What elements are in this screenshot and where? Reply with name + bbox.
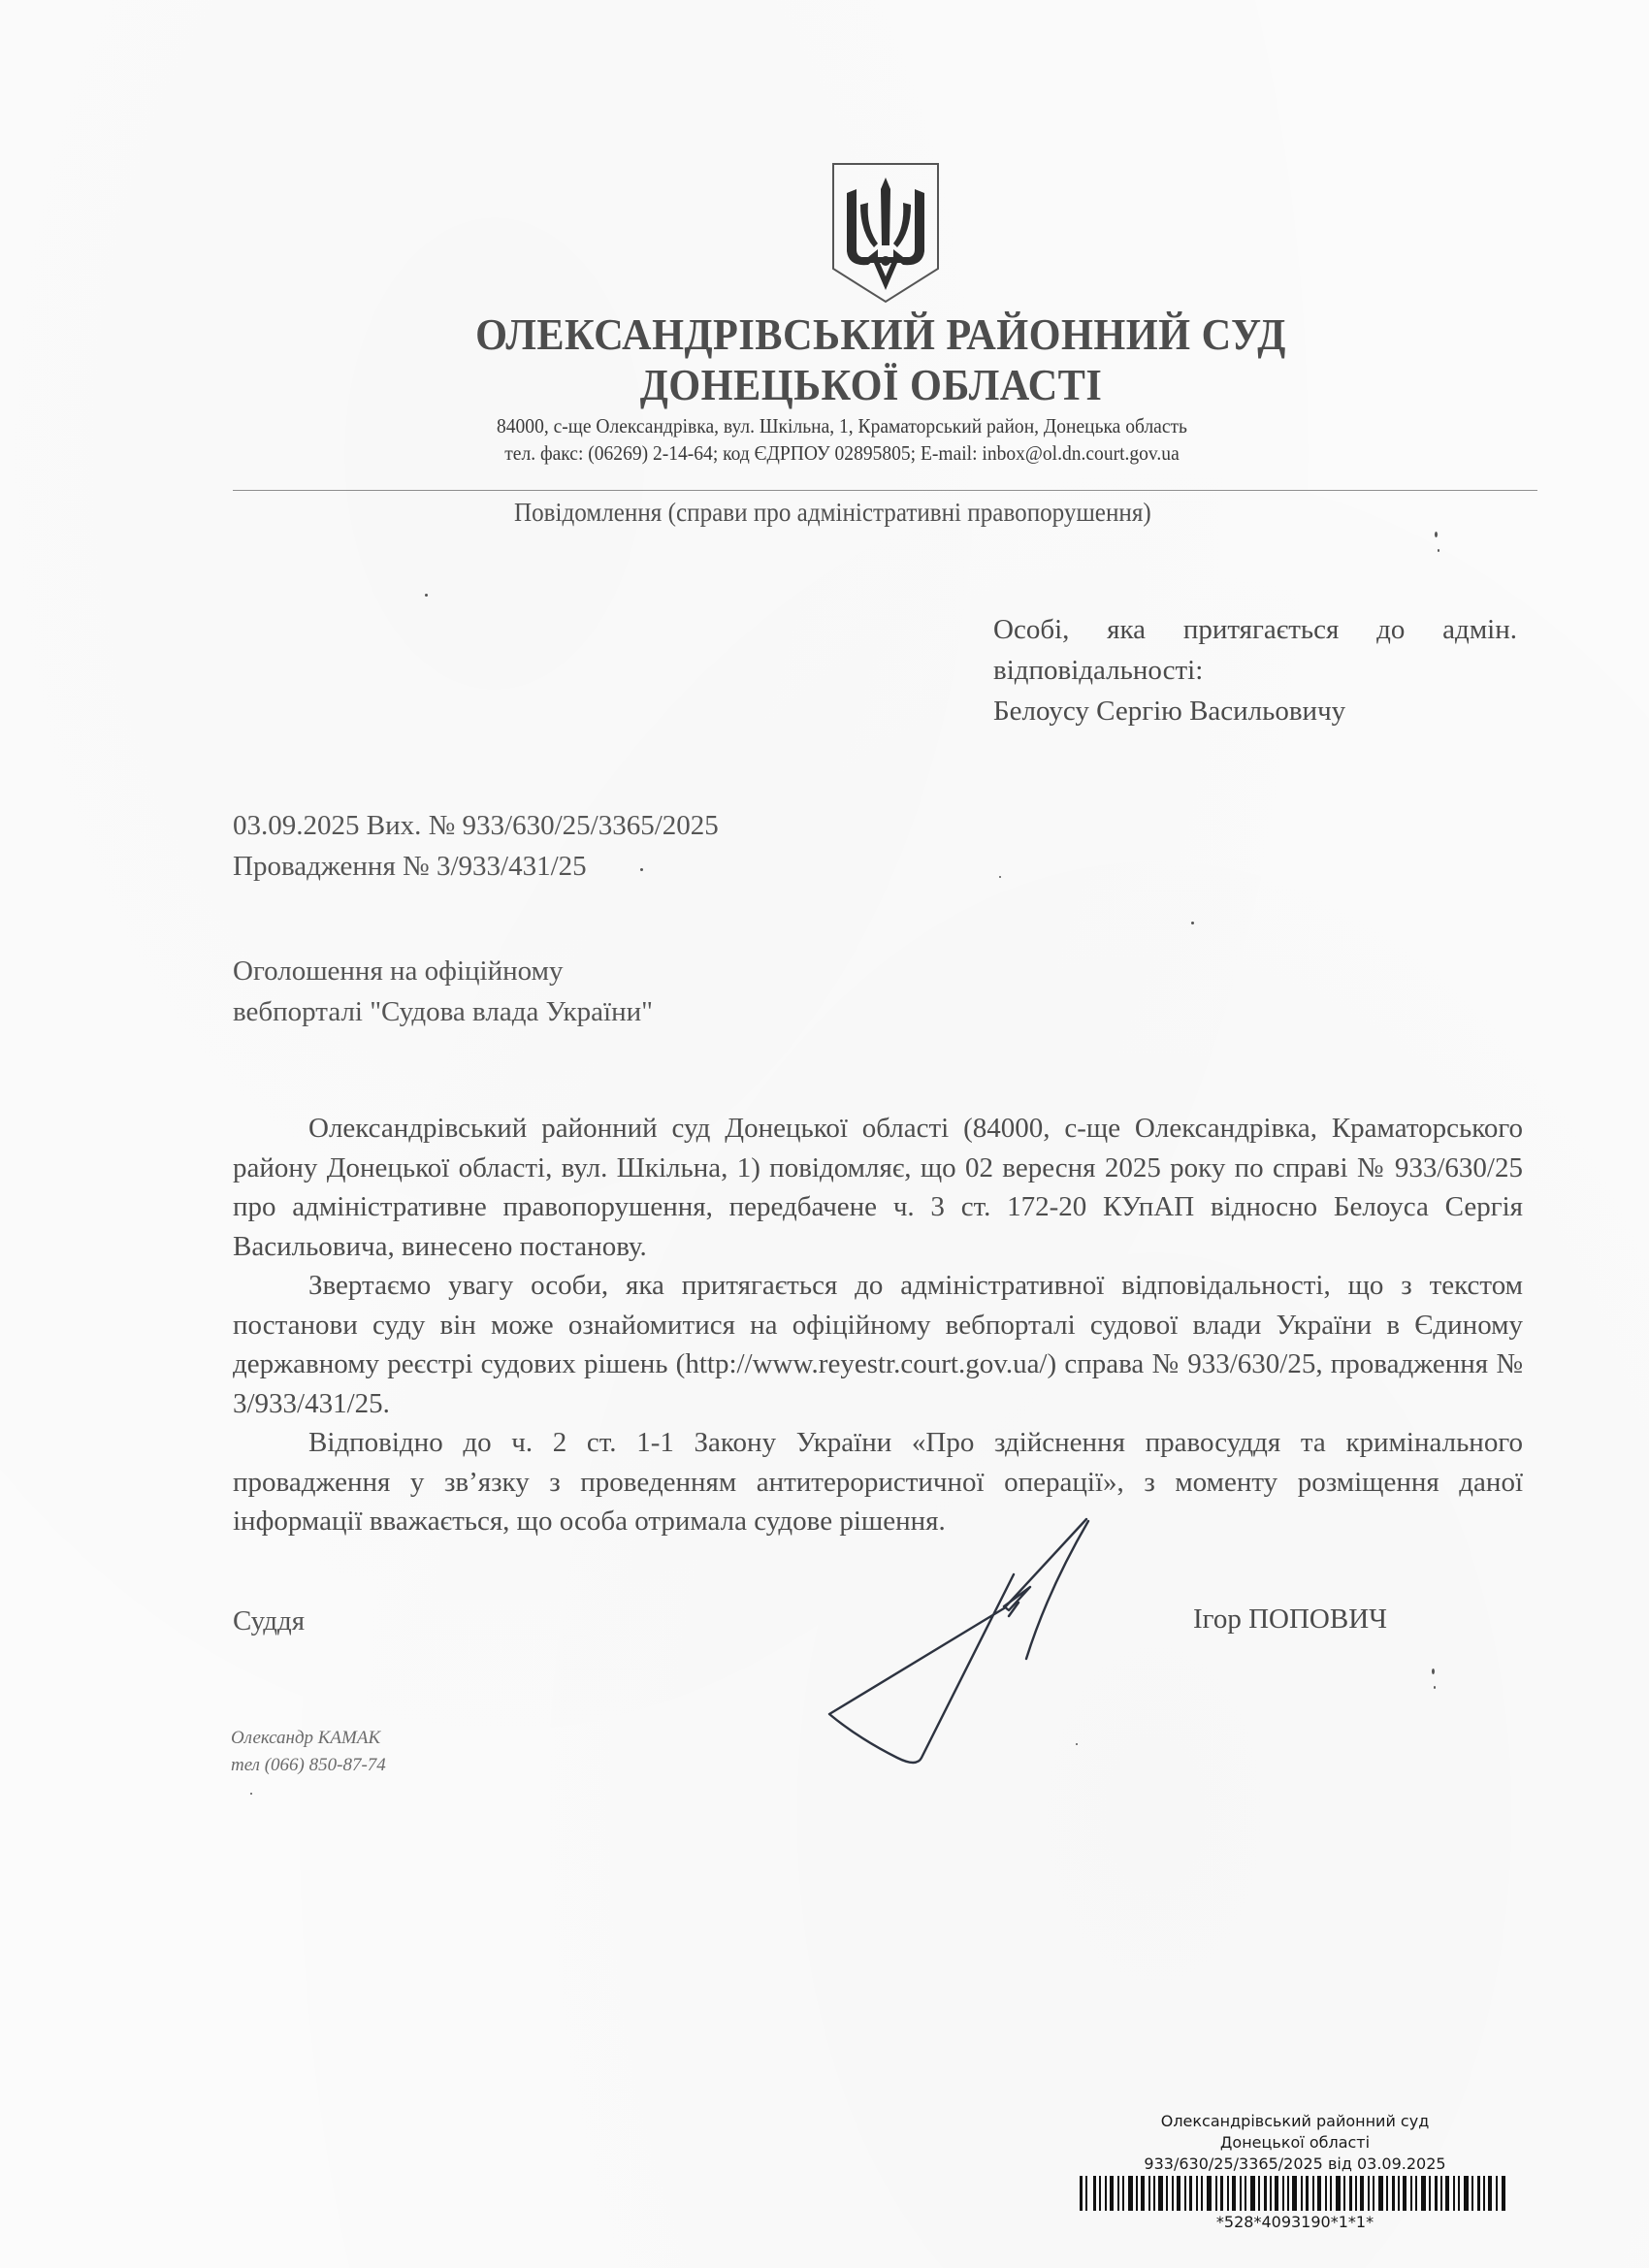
outgoing-number: 03.09.2025 Вих. № 933/630/25/3365/2025 [233, 805, 719, 846]
stamp-line2: Донецької області [1077, 2132, 1513, 2154]
addressee-name: Белоусу Сергію Васильовичу [993, 691, 1517, 731]
announcement-heading: Оголошення на офіційному вебпорталі "Суд… [233, 951, 653, 1032]
addressee-line2: відповідальності: [993, 650, 1517, 691]
proceeding-number: Провадження № 3/933/431/25 [233, 846, 719, 887]
addressee-block: Особі, яка притягається до адмін. відпов… [993, 609, 1517, 731]
judge-name: Ігор ПОПОВИЧ [1193, 1604, 1387, 1636]
judge-role-label: Суддя [233, 1605, 305, 1637]
scan-speck [1438, 549, 1439, 552]
scan-speck [1435, 532, 1438, 537]
coat-of-arms-icon [827, 160, 944, 306]
executor-name: Олександр КАМАК [231, 1725, 386, 1752]
court-name-line2: ДОНЕЦЬКОЇ ОБЛАСТІ [113, 359, 1630, 410]
court-contacts: тел. факс: (06269) 2-14-64; код ЄДРПОУ 0… [76, 441, 1609, 466]
header-divider [233, 490, 1537, 491]
document-page: ОЛЕКСАНДРІВСЬКИЙ РАЙОННИЙ СУД ДОНЕЦЬКОЇ … [0, 0, 1649, 2268]
scan-speck [250, 1793, 252, 1795]
registration-stamp: Олександрівський районний суд Донецької … [1077, 2111, 1513, 2175]
outgoing-reference: 03.09.2025 Вих. № 933/630/25/3365/2025 П… [233, 805, 719, 887]
stamp-line1: Олександрівський районний суд [1077, 2111, 1513, 2132]
scan-speck [1432, 1669, 1435, 1674]
scan-speck [999, 876, 1001, 878]
body-paragraph: Звертаємо увагу особи, яка притягається … [233, 1266, 1523, 1423]
scan-speck [1191, 922, 1194, 924]
court-address: 84000, с-ще Олександрівка, вул. Шкільна,… [76, 414, 1609, 438]
court-name-line1: ОЛЕКСАНДРІВСЬКИЙ РАЙОННИЙ СУД [122, 308, 1639, 360]
executor-block: Олександр КАМАК тел (066) 850-87-74 [231, 1725, 386, 1779]
scan-speck [1076, 1743, 1078, 1745]
scan-speck [640, 868, 643, 871]
announcement-line2: вебпорталі "Судова влада України" [233, 991, 653, 1032]
barcode-icon [1080, 2176, 1506, 2211]
executor-phone: тел (066) 850-87-74 [231, 1752, 386, 1779]
announcement-line1: Оголошення на офіційному [233, 951, 653, 991]
body-paragraph: Олександрівський районний суд Донецької … [233, 1109, 1523, 1266]
stamp-line3: 933/630/25/3365/2025 від 03.09.2025 [1077, 2154, 1513, 2175]
scan-speck [425, 594, 428, 597]
notice-title: Повідомлення (справи про адміністративні… [58, 498, 1592, 528]
barcode-number: *528*4093190*1*1* [1077, 2213, 1513, 2231]
addressee-line1: Особі, яка притягається до адмін. [993, 609, 1517, 650]
notice-body: Олександрівський районний суд Донецької … [233, 1109, 1523, 1541]
scan-speck [1434, 1686, 1436, 1689]
handwritten-signature-icon [805, 1513, 1106, 1775]
